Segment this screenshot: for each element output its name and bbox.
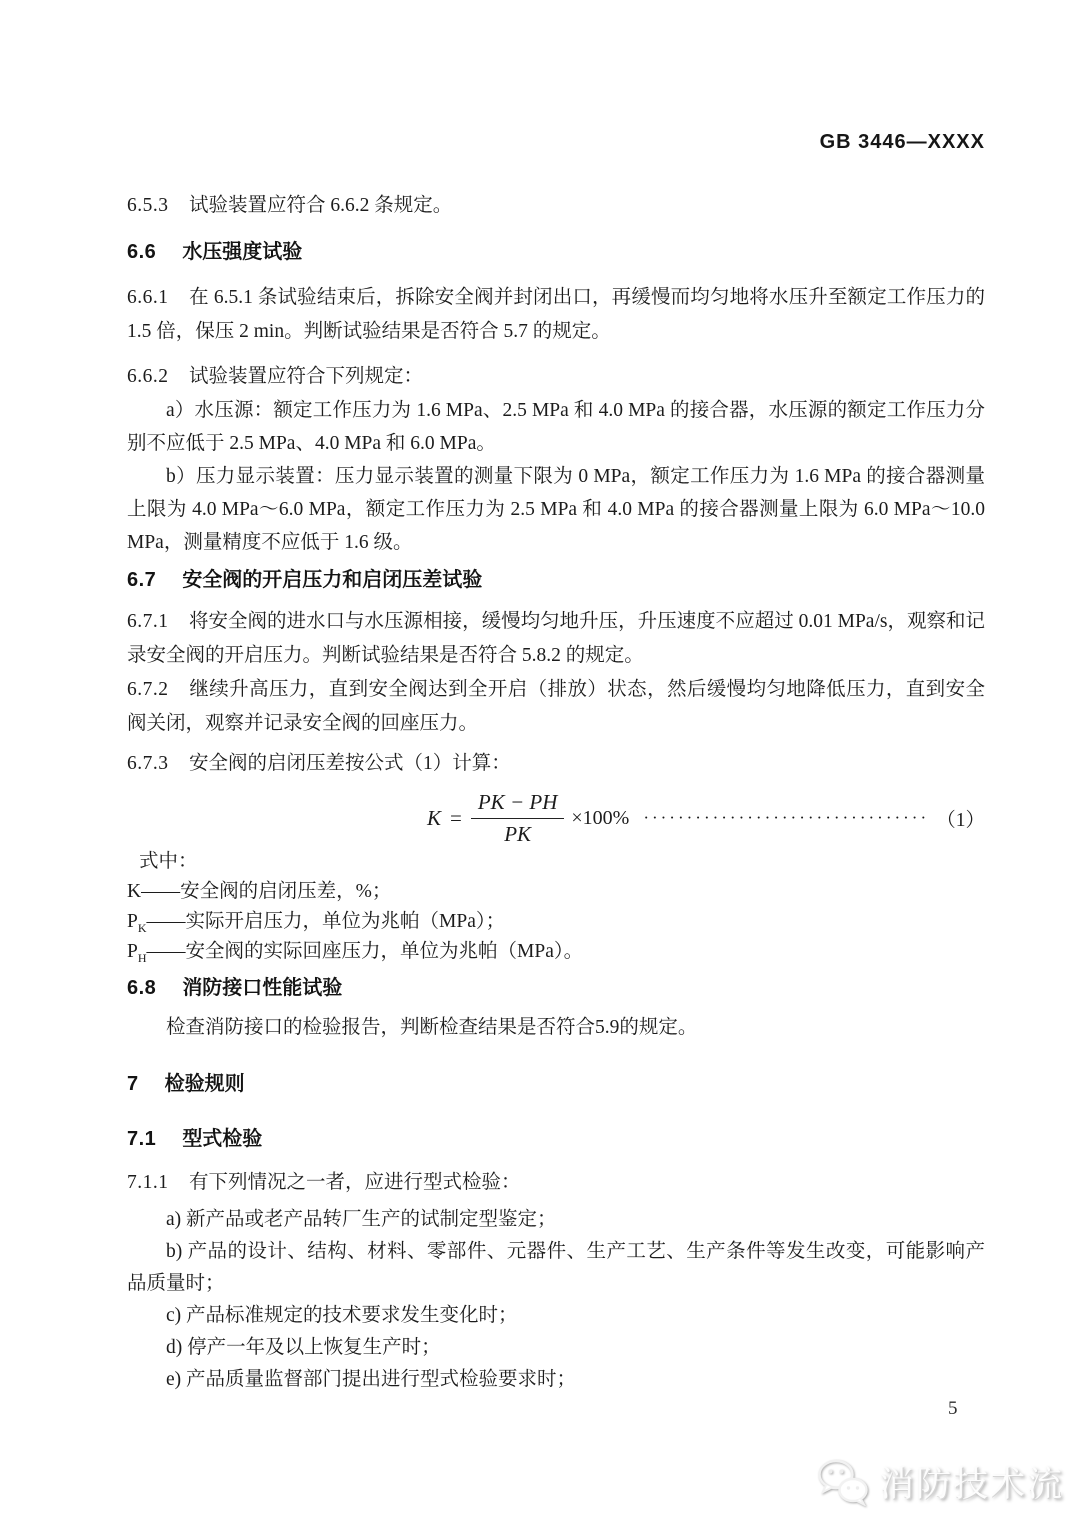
document-content: 6.5.3试验装置应符合 6.6.2 条规定。 6.6水压强度试验 6.6.1在…	[127, 0, 985, 1396]
legend-symbol: K	[127, 881, 141, 902]
heading-number: 6.7	[127, 569, 156, 591]
formula-number: （1）	[936, 804, 985, 832]
clause-7-1-1-items: a) 新产品或老产品转厂生产的试制定型鉴定； b) 产品的设计、结构、材料、零部…	[127, 1204, 985, 1396]
legend-text: ——安全阀的启闭压差，%；	[141, 881, 391, 902]
clause-6-5-3: 6.5.3试验装置应符合 6.6.2 条规定。	[127, 189, 985, 223]
legend-subscript: H	[138, 951, 147, 965]
heading-7-1: 7.1型式检验	[127, 1122, 985, 1156]
clause-7-1-1: 7.1.1有下列情况之一者，应进行型式检验：	[127, 1166, 985, 1200]
list-item: b) 产品的设计、结构、材料、零部件、元器件、生产工艺、生产条件等发生改变，可能…	[127, 1236, 985, 1300]
heading-number: 6.8	[127, 977, 156, 999]
formula-fraction: PK − PH PK	[471, 790, 565, 845]
clause-number: 6.6.2	[127, 366, 169, 387]
legend-intro: 式中：	[127, 847, 985, 877]
heading-6-8: 6.8消防接口性能试验	[127, 971, 985, 1005]
clause-6-6-2: 6.6.2试验装置应符合下列规定：	[127, 360, 985, 394]
list-item: a) 新产品或老产品转厂生产的试制定型鉴定；	[127, 1204, 985, 1236]
clause-text: 有下列情况之一者，应进行型式检验：	[189, 1172, 521, 1193]
legend-subscript: K	[138, 921, 147, 935]
clause-number: 6.6.1	[127, 287, 169, 308]
list-item: d) 停产一年及以上恢复生产时；	[127, 1332, 985, 1364]
dot-leader: ········································…	[643, 808, 928, 828]
formula-lhs: K	[427, 806, 441, 831]
legend-symbol: P	[127, 941, 138, 962]
clause-6-7-3: 6.7.3安全阀的启闭压差按公式（1）计算：	[127, 747, 985, 781]
list-item: e) 产品质量监督部门提出进行型式检验要求时；	[127, 1364, 985, 1396]
formula-multiplier: ×100%	[571, 807, 629, 830]
list-item: b）压力显示装置：压力显示装置的测量下限为 0 MPa，额定工作压力为 1.6 …	[127, 460, 985, 559]
formula-1: K = PK − PH PK ×100% ···················…	[127, 789, 985, 847]
heading-title: 水压强度试验	[182, 241, 302, 263]
heading-number: 7	[127, 1073, 139, 1095]
page-number: 5	[948, 1398, 958, 1420]
formula-denominator: PK	[504, 819, 531, 846]
heading-6-6: 6.6水压强度试验	[127, 235, 985, 269]
list-item: a）水压源：额定工作压力为 1.6 MPa、2.5 MPa 和 4.0 MPa …	[127, 394, 985, 460]
clause-text: 安全阀的启闭压差按公式（1）计算：	[189, 753, 511, 774]
clause-6-7-1: 6.7.1将安全阀的进水口与水压源相接，缓慢均匀地升压，升压速度不应超过 0.0…	[127, 605, 985, 673]
legend-item-pk: PK——实际开启压力，单位为兆帕（MPa）；	[127, 907, 985, 937]
heading-title: 检验规则	[165, 1073, 245, 1095]
legend-item-ph: PH——安全阀的实际回座压力，单位为兆帕（MPa）。	[127, 937, 985, 967]
clause-6-7-2: 6.7.2继续升高压力，直到安全阀达到全开启（排放）状态，然后缓慢均匀地降低压力…	[127, 673, 985, 741]
heading-number: 7.1	[127, 1128, 156, 1150]
clause-number: 6.5.3	[127, 195, 169, 216]
formula-legend: 式中： K——安全阀的启闭压差，%； PK——实际开启压力，单位为兆帕（MPa）…	[127, 847, 985, 967]
clause-text: 继续升高压力，直到安全阀达到全开启（排放）状态，然后缓慢均匀地降低压力，直到安全…	[127, 679, 985, 734]
clause-number: 6.7.1	[127, 611, 169, 632]
list-item: c) 产品标准规定的技术要求发生变化时；	[127, 1300, 985, 1332]
clause-6-6-1: 6.6.1在 6.5.1 条试验结束后，拆除安全阀并封闭出口，再缓慢而均匀地将水…	[127, 281, 985, 349]
heading-title: 消防接口性能试验	[182, 977, 342, 999]
watermark-text: 消防技术流	[879, 1457, 1064, 1507]
clause-6-6-2-items: a）水压源：额定工作压力为 1.6 MPa、2.5 MPa 和 4.0 MPa …	[127, 394, 985, 559]
formula-equals: =	[450, 806, 462, 831]
legend-text: ——实际开启压力，单位为兆帕（MPa）；	[147, 911, 506, 932]
heading-7: 7检验规则	[127, 1067, 985, 1101]
legend-text: ——安全阀的实际回座压力，单位为兆帕（MPa）。	[147, 941, 584, 962]
clause-number: 6.7.2	[127, 679, 169, 700]
legend-symbol: P	[127, 911, 138, 932]
clause-6-8-text: 检查消防接口的检验报告，判断检查结果是否符合5.9的规定。	[127, 1011, 985, 1045]
legend-item-k: K——安全阀的启闭压差，%；	[127, 877, 985, 907]
formula-numerator: PK − PH	[471, 790, 565, 818]
wechat-icon	[816, 1458, 870, 1506]
heading-title: 安全阀的开启压力和启闭压差试验	[182, 569, 482, 591]
clause-text: 将安全阀的进水口与水压源相接，缓慢均匀地升压，升压速度不应超过 0.01 MPa…	[127, 611, 985, 666]
clause-number: 6.7.3	[127, 753, 169, 774]
clause-text: 试验装置应符合 6.6.2 条规定。	[189, 195, 452, 216]
clause-number: 7.1.1	[127, 1172, 169, 1193]
heading-number: 6.6	[127, 241, 156, 263]
watermark: 消防技术流	[816, 1457, 1064, 1507]
clause-text: 试验装置应符合下列规定：	[189, 366, 423, 387]
clause-text: 在 6.5.1 条试验结束后，拆除安全阀并封闭出口，再缓慢而均匀地将水压升至额定…	[127, 287, 985, 342]
heading-6-7: 6.7安全阀的开启压力和启闭压差试验	[127, 563, 985, 597]
heading-title: 型式检验	[182, 1128, 262, 1150]
document-page: GB 3446—XXXX 6.5.3试验装置应符合 6.6.2 条规定。 6.6…	[0, 0, 1080, 1527]
